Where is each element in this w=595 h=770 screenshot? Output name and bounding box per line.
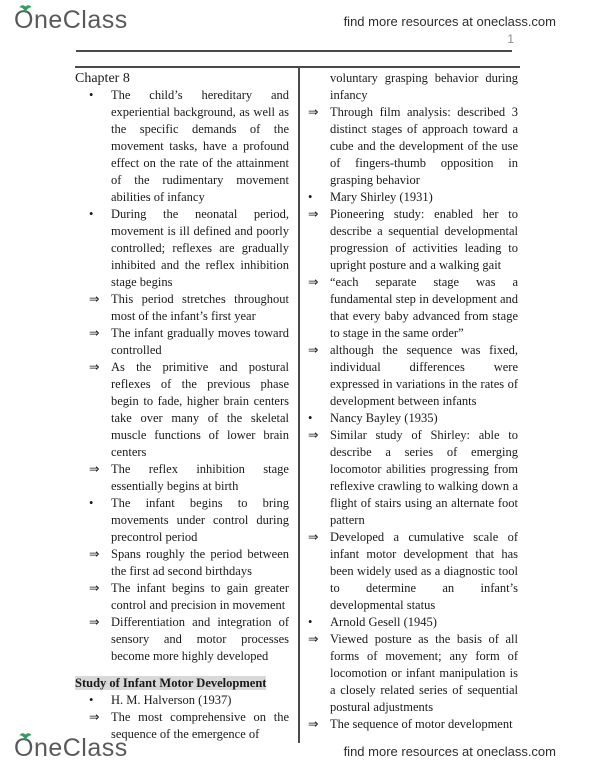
bullet-marker: • bbox=[89, 87, 111, 104]
bullet-marker: • bbox=[308, 614, 330, 631]
bullet-marker: • bbox=[89, 495, 111, 512]
item-text: The sequence of motor development bbox=[330, 716, 518, 733]
left-column: Chapter 8•The child’s hereditary and exp… bbox=[75, 68, 298, 743]
list-item: ⇒Developed a cumulative scale of infant … bbox=[308, 529, 518, 614]
arrow-marker: ⇒ bbox=[89, 461, 111, 478]
arrow-marker: ⇒ bbox=[308, 342, 330, 359]
item-text: Arnold Gesell (1945) bbox=[330, 614, 518, 631]
leaf-icon bbox=[19, 729, 32, 747]
list-item: •Nancy Bayley (1935) bbox=[308, 410, 518, 427]
page-number: 1 bbox=[498, 32, 514, 46]
arrow-marker: ⇒ bbox=[308, 274, 330, 291]
item-text: The most comprehensive on the sequence o… bbox=[111, 709, 289, 743]
list-item: •H. M. Halverson (1937) bbox=[75, 692, 289, 709]
header-tagline: find more resources at oneclass.com bbox=[344, 14, 556, 29]
arrow-marker: ⇒ bbox=[308, 716, 330, 733]
list-item: ⇒Pioneering study: enabled her to descri… bbox=[308, 206, 518, 274]
item-text: Study of Infant Motor Development bbox=[75, 675, 289, 692]
arrow-marker: ⇒ bbox=[89, 580, 111, 597]
bullet-marker: • bbox=[89, 692, 111, 709]
list-item: ⇒The sequence of motor development bbox=[308, 716, 518, 733]
item-text: Pioneering study: enabled her to describ… bbox=[330, 206, 518, 274]
arrow-marker: ⇒ bbox=[308, 206, 330, 223]
item-text: Spans roughly the period between the fir… bbox=[111, 546, 289, 580]
item-text: Developed a cumulative scale of infant m… bbox=[330, 529, 518, 614]
arrow-marker: ⇒ bbox=[308, 631, 330, 648]
arrow-marker: ⇒ bbox=[308, 529, 330, 546]
item-text: Viewed posture as the basis of all forms… bbox=[330, 631, 518, 716]
bullet-marker: • bbox=[308, 410, 330, 427]
item-text: voluntary grasping behavior during infan… bbox=[330, 70, 518, 104]
item-text: Differentiation and integration of senso… bbox=[111, 614, 289, 665]
list-item: ⇒Spans roughly the period between the fi… bbox=[75, 546, 289, 580]
list-item: ⇒As the primitive and postural reflexes … bbox=[75, 359, 289, 461]
arrow-marker: ⇒ bbox=[308, 104, 330, 121]
item-text: The infant begins to bring movements und… bbox=[111, 495, 289, 546]
list-item: •Arnold Gesell (1945) bbox=[308, 614, 518, 631]
list-item: ⇒Similar study of Shirley: able to descr… bbox=[308, 427, 518, 529]
list-item: ⇒“each separate stage was a fundamental … bbox=[308, 274, 518, 342]
item-text: although the sequence was fixed, individ… bbox=[330, 342, 518, 410]
list-item: ⇒The infant begins to gain greater contr… bbox=[75, 580, 289, 614]
list-item: •The child’s hereditary and experiential… bbox=[75, 87, 289, 206]
leaf-icon bbox=[19, 1, 32, 19]
list-item: ⇒This period stretches throughout most o… bbox=[75, 291, 289, 325]
list-item: •Mary Shirley (1931) bbox=[308, 189, 518, 206]
item-text: Nancy Bayley (1935) bbox=[330, 410, 518, 427]
list-item: voluntary grasping behavior during infan… bbox=[308, 70, 518, 104]
list-item: ⇒Through film analysis: described 3 dist… bbox=[308, 104, 518, 189]
list-item: ⇒The reflex inhibition stage essentially… bbox=[75, 461, 289, 495]
list-item: Study of Infant Motor Development bbox=[75, 675, 289, 692]
list-item: •The infant begins to bring movements un… bbox=[75, 495, 289, 546]
header-rule bbox=[76, 50, 512, 52]
list-item: ⇒Differentiation and integration of sens… bbox=[75, 614, 289, 665]
notes-table: Chapter 8•The child’s hereditary and exp… bbox=[75, 66, 520, 743]
item-text: H. M. Halverson (1937) bbox=[111, 692, 289, 709]
footer-tagline: find more resources at oneclass.com bbox=[344, 744, 556, 759]
item-text: Similar study of Shirley: able to descri… bbox=[330, 427, 518, 529]
arrow-marker: ⇒ bbox=[89, 546, 111, 563]
list-item: ⇒The infant gradually moves toward contr… bbox=[75, 325, 289, 359]
arrow-marker: ⇒ bbox=[89, 291, 111, 308]
arrow-marker: ⇒ bbox=[89, 709, 111, 726]
item-text: The reflex inhibition stage essentially … bbox=[111, 461, 289, 495]
arrow-marker: ⇒ bbox=[89, 614, 111, 631]
item-text: Chapter 8 bbox=[75, 70, 289, 87]
item-text: Through film analysis: described 3 disti… bbox=[330, 104, 518, 189]
item-text: “each separate stage was a fundamental s… bbox=[330, 274, 518, 342]
arrow-marker: ⇒ bbox=[89, 325, 111, 342]
bullet-marker: • bbox=[308, 189, 330, 206]
arrow-marker: ⇒ bbox=[308, 427, 330, 444]
right-column: voluntary grasping behavior during infan… bbox=[298, 68, 520, 743]
oneclass-logo-footer: OneClass bbox=[14, 733, 128, 763]
list-item: Chapter 8 bbox=[75, 70, 289, 87]
item-text: The infant begins to gain greater contro… bbox=[111, 580, 289, 614]
item-text: Mary Shirley (1931) bbox=[330, 189, 518, 206]
section-heading: Study of Infant Motor Development bbox=[75, 676, 266, 690]
list-item: ⇒although the sequence was fixed, indivi… bbox=[308, 342, 518, 410]
arrow-marker: ⇒ bbox=[89, 359, 111, 376]
item-text: During the neonatal period, movement is … bbox=[111, 206, 289, 291]
item-text: As the primitive and postural reflexes o… bbox=[111, 359, 289, 461]
item-text: The infant gradually moves toward contro… bbox=[111, 325, 289, 359]
bullet-marker: • bbox=[89, 206, 111, 223]
oneclass-logo: OneClass bbox=[14, 5, 128, 35]
list-item: •During the neonatal period, movement is… bbox=[75, 206, 289, 291]
item-text: The child’s hereditary and experiential … bbox=[111, 87, 289, 206]
item-text: This period stretches throughout most of… bbox=[111, 291, 289, 325]
list-item: ⇒Viewed posture as the basis of all form… bbox=[308, 631, 518, 716]
